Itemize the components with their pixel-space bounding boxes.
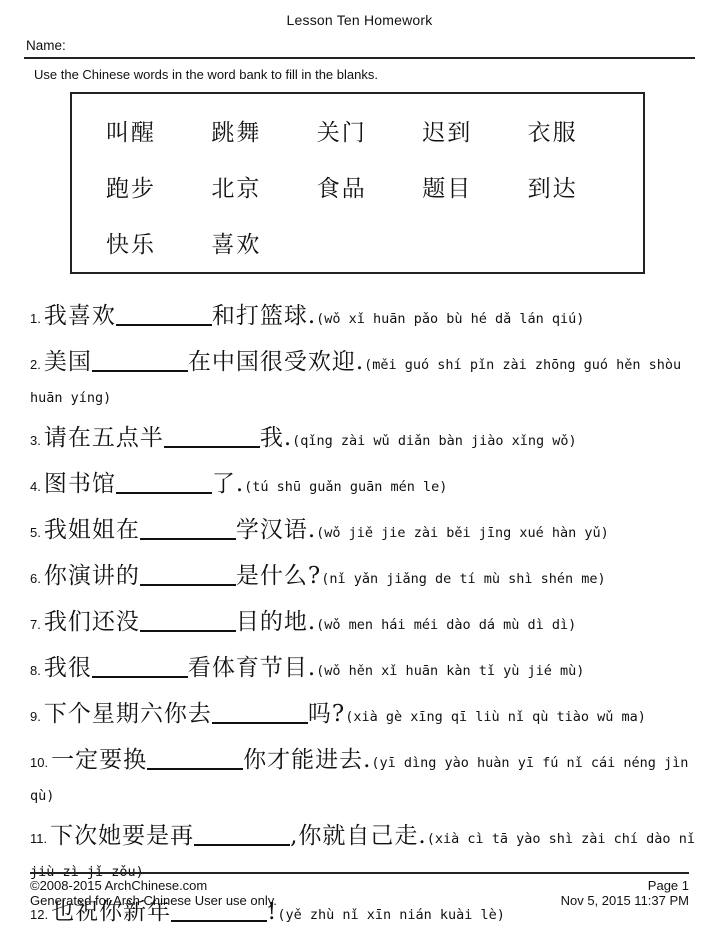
fill-blank [116, 324, 212, 326]
question-row: 8.我很看体育节目.(wǒ hěn xǐ huān kàn tǐ yù jié … [30, 653, 702, 686]
question-number: 12. [30, 907, 48, 922]
question-text-pre: 图书馆 [44, 471, 116, 497]
question-text-post: 是什么? [236, 563, 321, 589]
question-row: 2.美国在中国很受欢迎.(měi guó shí pǐn zài zhōng g… [30, 347, 702, 410]
word-bank-item: 喜欢 [211, 226, 316, 259]
instruction-text: Use the Chinese words in the word bank t… [34, 67, 719, 82]
question-list: 1.我喜欢和打篮球.(wǒ xǐ huān pǎo bù hé dǎ lán q… [30, 301, 702, 929]
fill-blank [92, 370, 188, 372]
fill-blank [140, 584, 236, 586]
word-bank-item: 关门 [317, 114, 422, 147]
question-row: 1.我喜欢和打篮球.(wǒ xǐ huān pǎo bù hé dǎ lán q… [30, 301, 702, 334]
question-pinyin: (xià gè xīng qī liù nǐ qù tiào wǔ ma) [345, 709, 646, 725]
question-text-post: 我. [260, 425, 292, 451]
question-text-pre: 我很 [44, 655, 92, 681]
fill-blank [116, 492, 212, 494]
question-text-pre: 下次她要是再 [50, 823, 194, 849]
word-bank-item: 快乐 [106, 226, 211, 259]
footer-datetime: Nov 5, 2015 11:37 PM [561, 893, 689, 908]
fill-blank [140, 630, 236, 632]
question-number: 4. [30, 479, 41, 494]
question-pinyin: (tú shū guǎn guān mén le) [244, 479, 447, 495]
question-text-pre: 我姐姐在 [44, 517, 140, 543]
question-number: 10. [30, 755, 48, 770]
word-bank: 叫醒 跳舞 关门 迟到 衣服 跑步 北京 食品 题目 到达 快乐 喜欢 [70, 92, 645, 274]
page-title: Lesson Ten Homework [0, 0, 719, 28]
question-text-pre: 下个星期六你去 [44, 701, 212, 727]
word-bank-row: 快乐 喜欢 [106, 214, 633, 270]
question-text-pre: 美国 [44, 349, 92, 375]
question-row: 3.请在五点半我.(qǐng zài wǔ diǎn bàn jiào xǐng… [30, 423, 702, 456]
footer-copyright: ©2008-2015 ArchChinese.com [30, 878, 277, 893]
word-bank-item: 跳舞 [211, 114, 316, 147]
question-pinyin: (nǐ yǎn jiǎng de tí mù shì shén me) [321, 571, 605, 587]
fill-blank [194, 844, 290, 846]
fill-blank [164, 446, 260, 448]
question-text-post: 和打篮球. [212, 303, 316, 329]
word-bank-item: 迟到 [422, 114, 527, 147]
word-bank-item: 叫醒 [106, 114, 211, 147]
question-number: 2. [30, 357, 41, 372]
question-number: 7. [30, 617, 41, 632]
question-text-post: 目的地. [236, 609, 316, 635]
question-pinyin: (wǒ xǐ huān pǎo bù hé dǎ lán qiú) [316, 311, 584, 327]
question-text-pre: 你演讲的 [44, 563, 140, 589]
name-label: Name: [26, 38, 66, 53]
fill-blank [212, 722, 308, 724]
question-text-post: 在中国很受欢迎. [188, 349, 364, 375]
question-number: 5. [30, 525, 41, 540]
fill-blank [147, 768, 243, 770]
question-pinyin: (qǐng zài wǔ diǎn bàn jiào xǐng wǒ) [292, 433, 576, 449]
question-row: 9.下个星期六你去吗?(xià gè xīng qī liù nǐ qù tià… [30, 699, 702, 732]
word-bank-item: 到达 [528, 170, 633, 203]
question-number: 6. [30, 571, 41, 586]
word-bank-row: 叫醒 跳舞 关门 迟到 衣服 [106, 102, 633, 158]
fill-blank [171, 920, 267, 922]
question-text-post: 了. [212, 471, 244, 497]
question-text-pre: 一定要换 [51, 747, 147, 773]
word-bank-item: 跑步 [106, 170, 211, 203]
question-pinyin: (yě zhù nǐ xīn nián kuài lè) [277, 907, 505, 923]
fill-blank [140, 538, 236, 540]
name-line: Name: [24, 38, 695, 59]
question-number: 3. [30, 433, 41, 448]
question-row: 7.我们还没目的地.(wǒ men hái méi dào dá mù dì d… [30, 607, 702, 640]
word-bank-row: 跑步 北京 食品 题目 到达 [106, 158, 633, 214]
question-row: 6.你演讲的是什么?(nǐ yǎn jiǎng de tí mù shì shé… [30, 561, 702, 594]
word-bank-item: 衣服 [528, 114, 633, 147]
question-number: 8. [30, 663, 41, 678]
word-bank-item: 题目 [422, 170, 527, 203]
question-text-pre: 我喜欢 [44, 303, 116, 329]
question-text-post: ,你就自己走. [290, 823, 427, 849]
page-footer: ©2008-2015 ArchChinese.com Generated for… [30, 872, 689, 908]
footer-generated: Generated for Arch Chinese User use only… [30, 893, 277, 908]
question-row: 5.我姐姐在学汉语.(wǒ jiě jie zài běi jīng xué h… [30, 515, 702, 548]
question-text-pre: 我们还没 [44, 609, 140, 635]
question-number: 11. [30, 831, 47, 846]
question-text-post: 学汉语. [236, 517, 316, 543]
footer-page-number: Page 1 [561, 878, 689, 893]
question-pinyin: (wǒ jiě jie zài běi jīng xué hàn yǔ) [316, 525, 609, 541]
footer-left: ©2008-2015 ArchChinese.com Generated for… [30, 878, 277, 908]
question-text-pre: 请在五点半 [44, 425, 164, 451]
question-text-post: 你才能进去. [243, 747, 371, 773]
question-number: 1. [30, 311, 41, 326]
question-row: 4.图书馆了.(tú shū guǎn guān mén le) [30, 469, 702, 502]
word-bank-item: 食品 [317, 170, 422, 203]
question-text-post: 看体育节目. [188, 655, 316, 681]
word-bank-item: 北京 [211, 170, 316, 203]
fill-blank [92, 676, 188, 678]
question-row: 10.一定要换你才能进去.(yī dìng yào huàn yī fú nǐ … [30, 745, 702, 808]
question-pinyin: (wǒ hěn xǐ huān kàn tǐ yù jié mù) [316, 663, 584, 679]
question-number: 9. [30, 709, 41, 724]
question-pinyin: (wǒ men hái méi dào dá mù dì dì) [316, 617, 576, 633]
footer-right: Page 1 Nov 5, 2015 11:37 PM [561, 878, 689, 908]
question-text-post: 吗? [308, 701, 345, 727]
